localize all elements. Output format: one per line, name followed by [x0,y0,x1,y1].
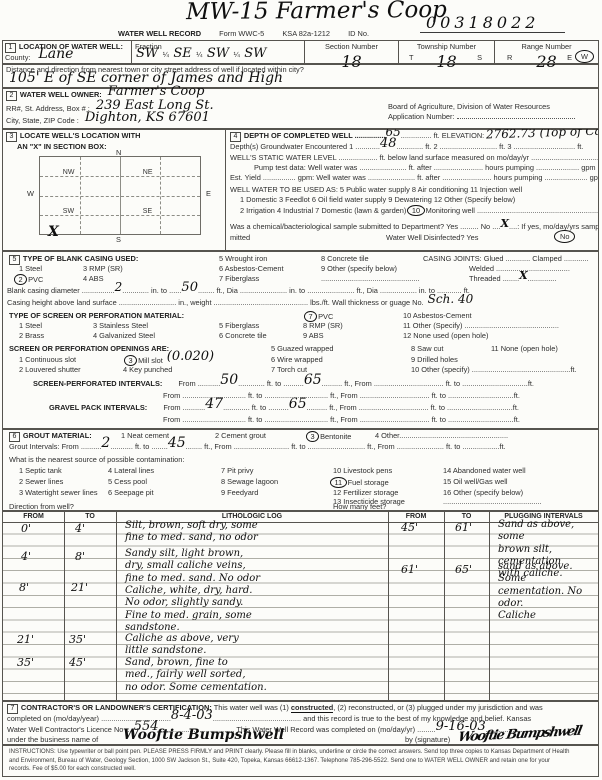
plug-to-0: 61' [455,521,472,534]
casing-option-9: 9 Other (specify below) [321,264,397,274]
monitoring-well-circled-10: 10 [407,205,424,216]
county-label: County: [5,53,30,62]
form-title: WATER WELL RECORD [118,29,201,38]
section-2-owner: 2WATER WELL OWNER:Farmer's Coop RR#, St.… [2,87,599,130]
depth-line: 4DEPTH OF COMPLETED WELL ...............… [230,131,598,141]
opening-option-3: Mill slot [138,356,163,365]
screen-option-7: PVC [318,312,333,321]
spi-mid: ............. ft. to .......... [238,379,304,388]
section-4-depth: 4DEPTH OF COMPLETED WELL ...............… [226,129,598,251]
opening-option-1: 1 Continuous slot [19,355,76,365]
contamination-title: What is the nearest source of possible c… [9,455,598,465]
casing-other-blank: ........................................… [321,274,420,284]
screen-option-3: 3 Stainless Steel [93,321,148,331]
instructions-line-3: records. Fee of $5.00 for each construct… [3,765,598,774]
range-r: R [507,53,512,63]
table-divider-5 [489,511,490,701]
cert-text-pre: This water well was (1) [212,703,291,712]
county-value: Lane [38,50,73,60]
handwritten-title: MW-15 Farmer's Coop [186,0,447,25]
grout-intervals-line: Grout Intervals: From ..........2.......… [9,442,598,452]
contam-14: 14 Abandoned water well [443,466,526,476]
grout-option-3: Bentonite [320,432,351,441]
contam-11: Fuel storage [348,478,389,487]
section-2-number: 2 [6,91,17,101]
lithologic-log-table: FROM TO LITHOLOGIC LOG FROM TO PLUGGING … [2,510,599,702]
owner-value: Farmer's Coop [108,87,205,97]
compass-w: W [27,189,34,199]
quadrant-upper-hline [40,176,200,177]
yield-line: Est. Yield ................ gpm: Well wa… [230,173,598,183]
section-3-locate: 3LOCATE WELL'S LOCATION WITH AN "X" IN S… [3,129,226,251]
application-number: Application Number: [388,112,575,122]
opening-option-10: 10 Other (specify) .....................… [411,365,577,375]
instructions-line-2: and Environment, Bureau of Water, Geolog… [3,757,598,766]
blank-casing-title-row: 5TYPE OF BLANK CASING USED: 5 Wrought ir… [3,254,598,264]
casing-option-1: 1 Steel [19,264,42,274]
grout-from-value: 2 [101,439,110,449]
application-number-label: Application Number: [388,112,455,121]
section-1-location: 1LOCATION OF WATER WELL: County:Lane Fra… [2,40,599,65]
openings-title: SCREEN OR PERFORATION OPENINGS ARE: [9,344,169,354]
grout-title: GROUT MATERIAL: [23,431,92,440]
casing-option-8: 8 Concrete tile [321,254,369,264]
contam-5: 5 Cess pool [108,477,147,487]
screen-option-9: 9 ABS [303,331,324,341]
address-label: RR#, St. Address, Box # : [6,104,90,113]
grout-intervals-label: Grout Intervals: From .......... [9,442,101,451]
screen-material-title: TYPE OF SCREEN OR PERFORATION MATERIAL: [9,311,184,321]
contam-15: 15 Oil well/Gas well [443,477,507,487]
section-7-number: 7 [7,704,18,714]
groundwater-line: Depth(s) Groundwater Encountered 1 .....… [230,142,598,152]
quarter-2: ¼ [196,50,202,59]
use-line-1: WELL WATER TO BE USED AS: 5 Public water… [230,185,598,195]
log-entry-1: Sandy silt, light brown, dry, small cali… [125,548,260,585]
contamination-row-2: 2 Sewer lines 5 Cess pool 8 Sewage lagoo… [3,477,598,487]
casing-option-6: 6 Asbestos-Cement [219,264,284,274]
locate-label-2: AN "X" IN SECTION BOX: [3,142,225,152]
disinfected-no-circled: No [554,230,575,243]
openings-row-3: 2 Louvered shutter 4 Key punched 7 Torch… [3,365,598,375]
compass-e: E [206,189,211,199]
casing-pvc-circled-2: 2 [14,274,27,285]
section-7-certification: 7CONTRACTOR'S OR LANDOWNER'S CERTIFICATI… [2,700,599,746]
log-entry-4: Sand, brown, fine to med., fairly well s… [125,657,267,694]
casing-row-2: 1 Steel 3 RMP (SR) 6 Asbestos-Cement 9 O… [3,264,598,274]
screen-option-10: 10 Asbestos-Cement [403,311,472,321]
contam-8: 8 Sewage lagoon [221,477,278,487]
constructed-underlined: constructed [291,703,333,713]
plug-to-1: 65' [455,563,472,576]
township-label: Township Number [399,41,494,52]
gp-from: From ........... [163,403,205,412]
contamination-row-1: 1 Septic tank 4 Lateral lines 7 Pit priv… [3,466,598,476]
log-to-1: 8' [75,550,85,563]
signature-scribble: Wooftie Bumpshwell [457,727,581,743]
grout-title-row: 6GROUT MATERIAL: 1 Neat cement 2 Cement … [3,431,598,441]
screen-from-value: 50 [220,376,238,386]
joints-threaded: Threaded ........X.............. [469,274,556,284]
casing-option-4: 4 ABS [83,274,104,284]
contam-7: 7 Pit privy [221,466,253,476]
quadrant-ne: NE [141,169,155,176]
section-number-cell: Section Number 18 [305,41,399,64]
grout-mid: ........... ft. to ........ [110,442,168,451]
quadrant-center-hline [40,196,200,197]
gravel-to-value: 65 [289,400,307,410]
screen-option-2: 2 Brass [19,331,44,341]
log-to-3: 35' [69,633,86,646]
log-entry-0: Silt, brown, soft dry, some fine to med.… [125,520,258,545]
application-number-blank [457,118,575,119]
opening-option-9: 9 Drilled holes [411,355,458,365]
opening-option-5: 5 Guazed wrapped [271,344,333,354]
section-quadrant-box: NW NE SW SE X [39,156,201,235]
owner-label: WATER WELL OWNER: [20,90,102,99]
casing-option-3: 3 RMP (SR) [83,264,123,274]
contam-1: 1 Septic tank [19,466,62,476]
fraction-2: SE [173,46,191,61]
casing-option-2: PVC [28,275,43,284]
plug-from-0: 45' [401,521,418,534]
fraction-1: SW [136,46,158,61]
opening-option-7: 7 Torch cut [271,365,307,375]
section-4-number: 4 [230,132,241,142]
licence-label: Water Well Contractor's Licence No .... [7,725,134,734]
screen-material-row-3: 2 Brass 4 Galvanized Steel 6 Concrete ti… [3,331,598,341]
locate-label-1: LOCATE WELL'S LOCATION WITH [20,131,141,140]
screen-option-1: 1 Steel [19,321,42,331]
static-level-line: WELL'S STATIC WATER LEVEL ..............… [230,153,598,163]
section-6-grout: 6GROUT MATERIAL: 1 Neat cement 2 Cement … [2,428,599,512]
opening-option-4: 4 Key punched [123,365,172,375]
log-entry-3: Caliche as above, very little sandstone. [125,633,239,658]
casing-joints-label: CASING JOINTS: Glued ............ Clampe… [423,254,589,264]
openings-row-2: 1 Continuous slot 3Mill slot(0.020) 6 Wi… [3,355,598,365]
opening-option-8: 8 Saw cut [411,344,443,354]
quarter-1: ¼ [163,50,169,59]
well-location-x-mark: X [48,224,59,240]
screen-interval-line-2: From ............................... ft.… [163,391,598,401]
log-from-3: 21' [17,633,34,646]
table-divider-4 [444,511,445,701]
gravel-pack-label: GRAVEL PACK INTERVALS: [49,403,147,412]
quadrant-nw: NW [61,169,77,176]
section-1-number: 1 [5,43,16,53]
contam-4: 4 Lateral lines [108,466,154,476]
cert-text-post: , (2) reconstructed, or (3) plugged unde… [333,703,543,712]
blank-casing-title: TYPE OF BLANK CASING USED: [23,254,138,263]
table-divider-2 [116,511,117,701]
sample-line-2: mitted Water Well Disinfected? Yes No [226,233,598,243]
gp-mid: ............. ft. to .......... [223,403,289,412]
table-divider-1 [64,511,65,701]
elevation-value: 2762.73 (Top of Casing) [486,129,598,140]
groundwater-rest: ............. ft. 2 ....................… [397,142,584,151]
diameter-label: Blank casing diameter ................ [7,286,115,295]
log-from-0: 0' [21,522,31,535]
use-line-3-pre: 2 Irrigation 4 Industrial 7 Domestic (la… [240,206,406,215]
use-line-2: 1 Domestic 3 Feedlot 6 Oil field water s… [240,195,598,205]
gravel-from-value: 47 [205,400,223,410]
sample-mitted: mitted [230,233,250,243]
screen-material-title-row: TYPE OF SCREEN OR PERFORATION MATERIAL: … [3,311,598,321]
log-to-2: 21' [71,581,88,594]
business-name-value: Wooftie Bumpshwell [123,731,284,741]
table-divider-3 [388,511,389,701]
quadrant-se: SE [141,208,154,215]
screen-option-12: 12 None used (open hole) [403,331,488,341]
threaded-label: Threaded ........ [469,274,519,283]
disinfected-question: Water Well Disinfected? Yes [386,233,478,243]
grout-option-2: 2 Cement grout [215,431,266,441]
fraction-cell: Fraction SW ¼ SE ¼ SW ¼ SW [132,41,305,64]
slot-size-value: (0.020) [167,352,214,362]
township-cell: Township Number T 18 S [399,41,495,64]
quadrant-sw: SW [61,208,76,215]
water-well-record-form: MW-15 Farmer's Coop WATER WELL RECORD Fo… [0,0,602,780]
log-from-1: 4' [21,550,31,563]
casing-height-line: Casing height above land surface .......… [7,298,598,308]
distance-row: Distance and direction from nearest town… [2,63,599,89]
gravel-pack-line-2: From ............................... ft.… [163,415,598,425]
quarter-3: ¼ [234,50,240,59]
grout-to-value: 45 [168,439,186,449]
sample-line-1: Was a chemical/bacteriological sample su… [230,222,598,232]
log-to-0: 4' [75,522,85,535]
quadrant-lower-hline [40,215,200,216]
casing-row-3: 2PVC 4 ABS 7 Fiberglass ................… [3,274,598,284]
spi-post: .......... ft., From ...................… [322,379,534,388]
openings-title-row: SCREEN OR PERFORATION OPENINGS ARE: 5 Gu… [3,344,598,354]
range-cell: Range Number R 28 E W [495,41,598,64]
header-to-left: TO [64,511,116,522]
form-title-row: WATER WELL RECORD Form WWC-5 KSA 82a-121… [118,29,369,39]
compass-s: S [116,235,121,245]
casing-height-label: Casing height above land surface .......… [7,298,424,307]
log-to-4: 45' [69,656,86,669]
completed-date-value: 8-4-03 [171,711,213,721]
plug-from-1: 61' [401,563,418,576]
fraction-values: SW ¼ SE ¼ SW ¼ SW [136,44,266,62]
screen-to-value: 65 [304,376,322,386]
section-3-number: 3 [6,132,17,142]
bentonite-circled-3: 3 [306,431,319,442]
grout-option-1: 1 Neat cement [121,431,169,441]
log-from-2: 8' [19,581,29,594]
log-from-4: 35' [17,656,34,669]
quadrant-left-vline [80,157,81,234]
gravel-pack-line-1: GRAVEL PACK INTERVALS: From ...........4… [49,403,598,413]
cert-line-1: 7CONTRACTOR'S OR LANDOWNER'S CERTIFICATI… [7,703,598,713]
section-number-label: Section Number [305,41,398,52]
casing-diameter-line: Blank casing diameter ................2.… [7,286,598,296]
elevation-label: ............... ft. ELEVATION: [401,131,485,140]
instructions-line-1: INSTRUCTIONS: Use typewriter or ball poi… [3,745,598,757]
casing-option-5: 5 Wrought iron [219,254,267,264]
screen-intervals-label: SCREEN-PERFORATED INTERVALS: [33,379,162,388]
instructions-box: INSTRUCTIONS: Use typewriter or ball poi… [2,744,599,777]
contam-10: 10 Livestock pens [333,466,392,476]
threaded-dots: .............. [528,274,557,283]
screen-option-4: 4 Galvanized Steel [93,331,155,341]
sample-question-end: ....: If yes, mo/day/yrs sample was sub- [509,222,598,231]
groundwater-label: Depth(s) Groundwater Encountered 1 .....… [230,142,380,151]
use-line-3: 2 Irrigation 4 Industrial 7 Domestic (la… [240,205,598,215]
range-e: E [567,53,572,63]
threaded-x-mark: X [519,271,528,281]
pump-test-line: Pump test data: Well water was .........… [254,163,598,173]
section-6-number: 6 [9,432,20,442]
grout-rest: ........ ft., From .....................… [186,442,506,451]
plug-entry-1: sand as above. Some cementation. No odor… [498,561,598,622]
gp-post: .......... ft., From ...................… [307,403,519,412]
diameter-mid: ............. in. to ...... [122,286,181,295]
screen-material-row-2: 1 Steel 3 Stainless Steel 5 Fiberglass 8… [3,321,598,331]
fraction-3: SW [207,46,229,61]
header-from-left: FROM [3,511,64,522]
groundwater-value: 48 [380,139,397,149]
diameter-depth-value: 50 [181,283,198,293]
range-w-circled: W [575,50,594,63]
log-entry-2: Caliche, white, dry, hard. No odor, slig… [125,585,252,634]
opening-option-11: 11 None (open hole) [491,344,558,354]
casing-option-7: 7 Fiberglass [219,274,259,284]
screen-option-5: 5 Fiberglass [219,321,259,331]
city-label: City, State, ZIP Code : [6,116,79,125]
board-of-agriculture: Board of Agriculture, Division of Water … [388,102,550,112]
screen-option-6: 6 Concrete tile [219,331,267,341]
screen-interval-line-1: SCREEN-PERFORATED INTERVALS: From ......… [33,379,598,389]
ksa-ref: KSA 82a-1212 [282,29,330,38]
city-value: Dighton, KS 67601 [85,113,210,123]
depth-label: DEPTH OF COMPLETED WELL ............... [244,131,386,140]
wall-thickness-value: Sch. 40 [428,295,474,305]
opening-option-6: 6 Wire wrapped [271,355,323,365]
id-number-value: 00318022 [420,13,565,33]
use-line-3-post: Monitoring well ........................… [426,206,598,215]
grout-option-4: 4 Other.................................… [375,431,508,441]
fuel-storage-circled-11: 11 [330,477,347,488]
id-label: ID No. [348,29,369,38]
contam-2: 2 Sewer lines [19,477,63,487]
cert-line-2: completed on (mo/day/year) .............… [7,714,598,724]
fraction-4: SW [244,46,266,61]
sample-no-x-mark: X [500,219,509,229]
opening-option-2: 2 Louvered shutter [19,365,81,375]
section-3-4-row: 3LOCATE WELL'S LOCATION WITH AN "X" IN S… [2,128,599,252]
screen-option-11: 11 Other (Specify) .....................… [403,321,559,331]
county-cell: 1LOCATION OF WATER WELL: County:Lane [3,41,132,64]
township-s: S [477,53,482,63]
township-t: T [409,53,414,63]
quadrant-right-vline [160,157,161,234]
spi-from: From ........... [178,379,220,388]
sample-question: Was a chemical/bacteriological sample su… [230,222,500,231]
screen-option-8: 8 RMP (SR) [303,321,343,331]
form-number: Form WWC-5 [219,29,264,38]
section-5-casing: 5TYPE OF BLANK CASING USED: 5 Wrought ir… [2,250,599,430]
